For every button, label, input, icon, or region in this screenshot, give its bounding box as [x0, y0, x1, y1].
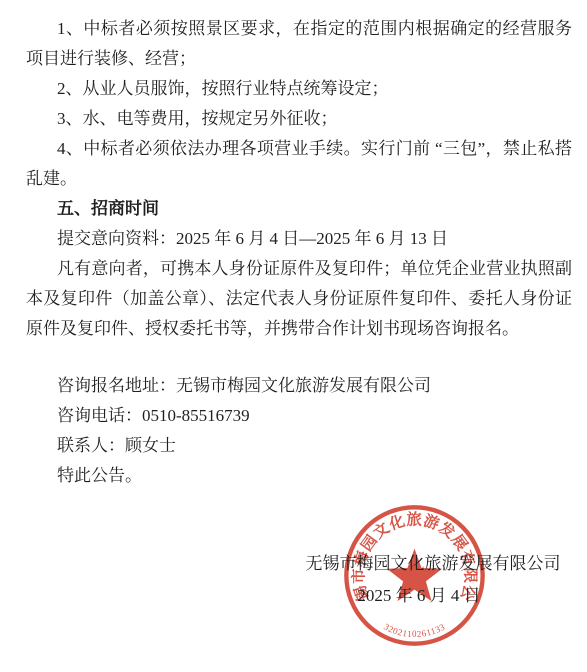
clause-1: 1、中标者必须按照景区要求，在指定的范围内根据确定的经营服务项目进行装修、经营；	[26, 14, 572, 74]
seal-code-text: 3202110261133	[382, 622, 447, 640]
svg-text:3202110261133: 3202110261133	[382, 622, 447, 640]
contact-phone-line: 咨询电话：0510-85516739	[26, 401, 572, 431]
contact-block: 咨询报名地址：无锡市梅园文化旅游发展有限公司 咨询电话：0510-8551673…	[26, 371, 572, 491]
clause-3: 3、水、电等费用，按规定另外征收；	[26, 104, 572, 134]
contact-address-line: 咨询报名地址：无锡市梅园文化旅游发展有限公司	[26, 371, 572, 401]
clause-4: 4、中标者必须依法办理各项营业手续。实行门前 “三包”，禁止私搭乱建。	[26, 134, 572, 194]
signature-date: 2025 年 6 月 4 日	[296, 581, 542, 611]
section-heading: 五、招商时间	[26, 194, 572, 224]
signature-company-name: 无锡市梅园文化旅游发展有限公司	[304, 549, 562, 579]
application-requirements-paragraph: 凡有意向者，可携本人身份证原件及复印件；单位凭企业营业执照副本及复印件（加盖公章…	[26, 254, 572, 344]
closing-line: 特此公告。	[26, 461, 572, 491]
notice-document-page: 1、中标者必须按照景区要求，在指定的范围内根据确定的经营服务项目进行装修、经营；…	[0, 0, 587, 672]
contact-person-line: 联系人：顾女士	[26, 431, 572, 461]
clause-2: 2、从业人员服饰，按照行业特点统筹设定；	[26, 74, 572, 104]
submission-period-line: 提交意向资料：2025 年 6 月 4 日—2025 年 6 月 13 日	[26, 224, 572, 254]
document-body: 1、中标者必须按照景区要求，在指定的范围内根据确定的经营服务项目进行装修、经营；…	[26, 14, 572, 491]
